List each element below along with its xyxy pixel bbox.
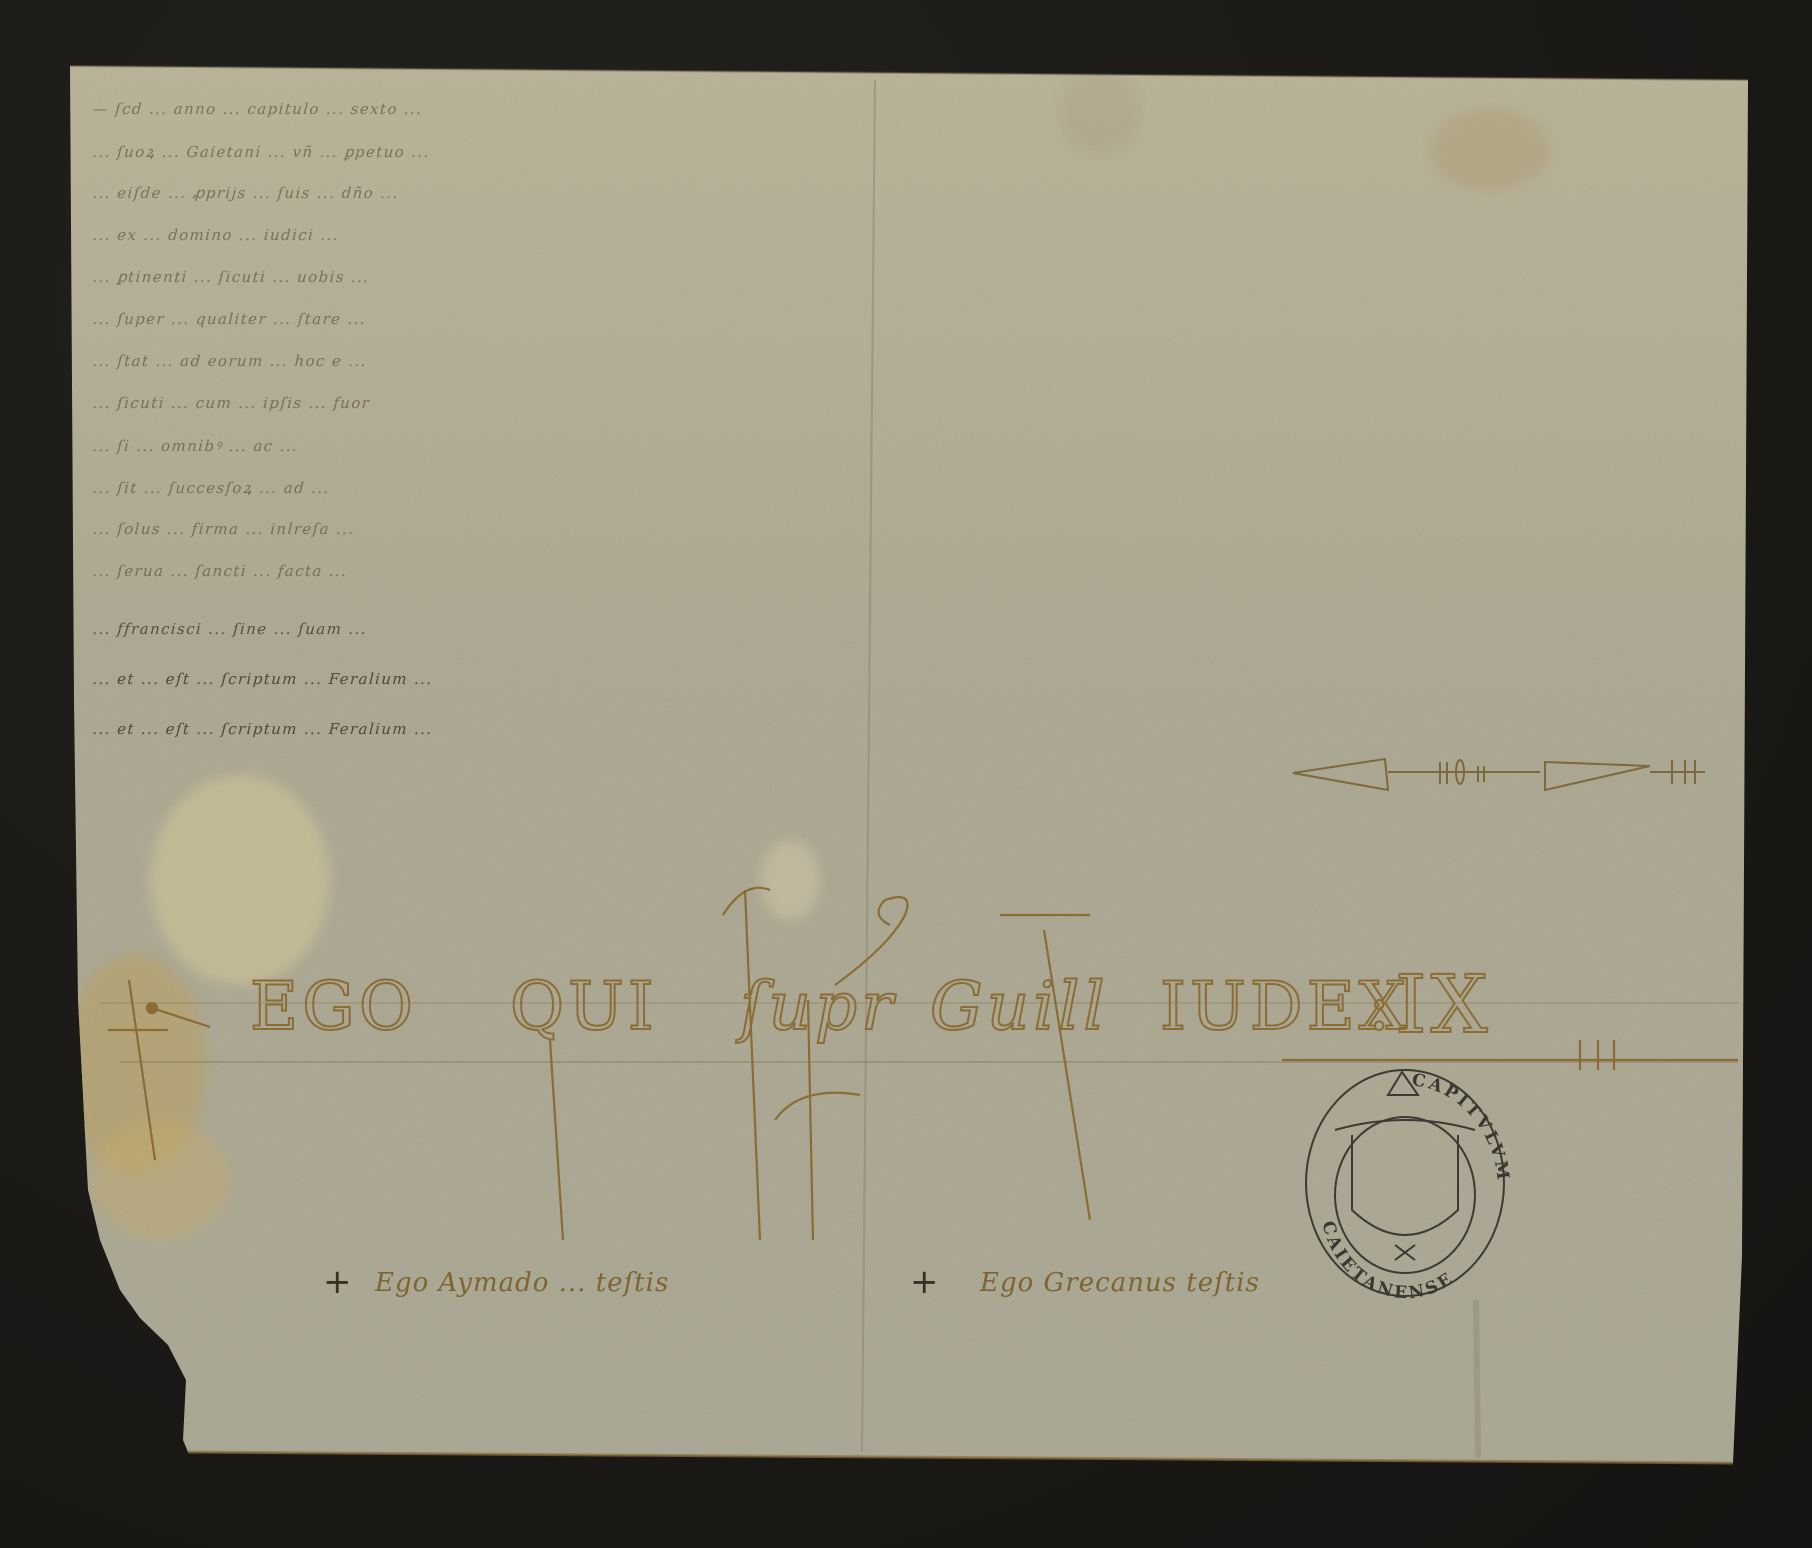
text-line: ... ſtat ... ad eorum ... hoc e ... (91, 352, 1733, 386)
text-line: ... ſi ... omnibꝰ ... ac ... (91, 436, 1733, 470)
signature-word: : (1368, 968, 1394, 1045)
text-line: ... ſuoꝝ ... Gaietani ... vñ ... ꝑpetuo … (91, 142, 1733, 176)
witness-subscription: Ego Grecanus teſtis (980, 1268, 1260, 1298)
text-line: ... ffrancisci ... ſine ... ſuam ... (91, 620, 1733, 654)
text-line: ... ex ... domino ... iudici ... (91, 226, 1733, 260)
text-line: ... ſit ... ſuccesſoꝝ ... ad ... (91, 478, 1733, 512)
signature-word: ſupr (740, 968, 897, 1045)
text-line: ... et ... eſt ... ſcriptum ... Feralium… (91, 670, 1733, 704)
judge-signature: EGO QUI ſupr Guill IUDEX : IX (150, 958, 1740, 1068)
cross-icon: + (910, 1262, 939, 1302)
witness-subscription: Ego Aymado ... teſtis (375, 1268, 669, 1298)
cross-icon: + (323, 1262, 352, 1302)
text-line: ... ſerua ... ſancti ... facta ... (91, 562, 1733, 596)
text-line-final: ... et ... eſt ... ſcriptum ... Feralium… (91, 720, 1293, 754)
parchment-sheet: CAPITVLVM CAIETANENSE — ſcd ... anno ...… (0, 0, 1812, 1548)
text-line: ... ſolus ... firma ... inlreſa ... (91, 520, 1733, 554)
text-line: ... ſicuti ... cum ... ipſis ... fuor (91, 394, 1733, 428)
text-line: ... ſuper ... qualiter ... ſtare ... (91, 310, 1733, 344)
text-line: — ſcd ... anno ... capitulo ... sexto ..… (91, 100, 1733, 134)
text-line: ... ꝑtinenti ... ſicuti ... uobis ... (91, 268, 1733, 302)
signature-word: EGO (250, 968, 417, 1045)
signature-word: Guill (930, 968, 1109, 1045)
signature-word: QUI (510, 968, 658, 1045)
text-line: ... eiſde ... ꝓprijs ... ſuis ... dño ..… (91, 184, 1733, 218)
signature-word: IX (1395, 958, 1492, 1051)
